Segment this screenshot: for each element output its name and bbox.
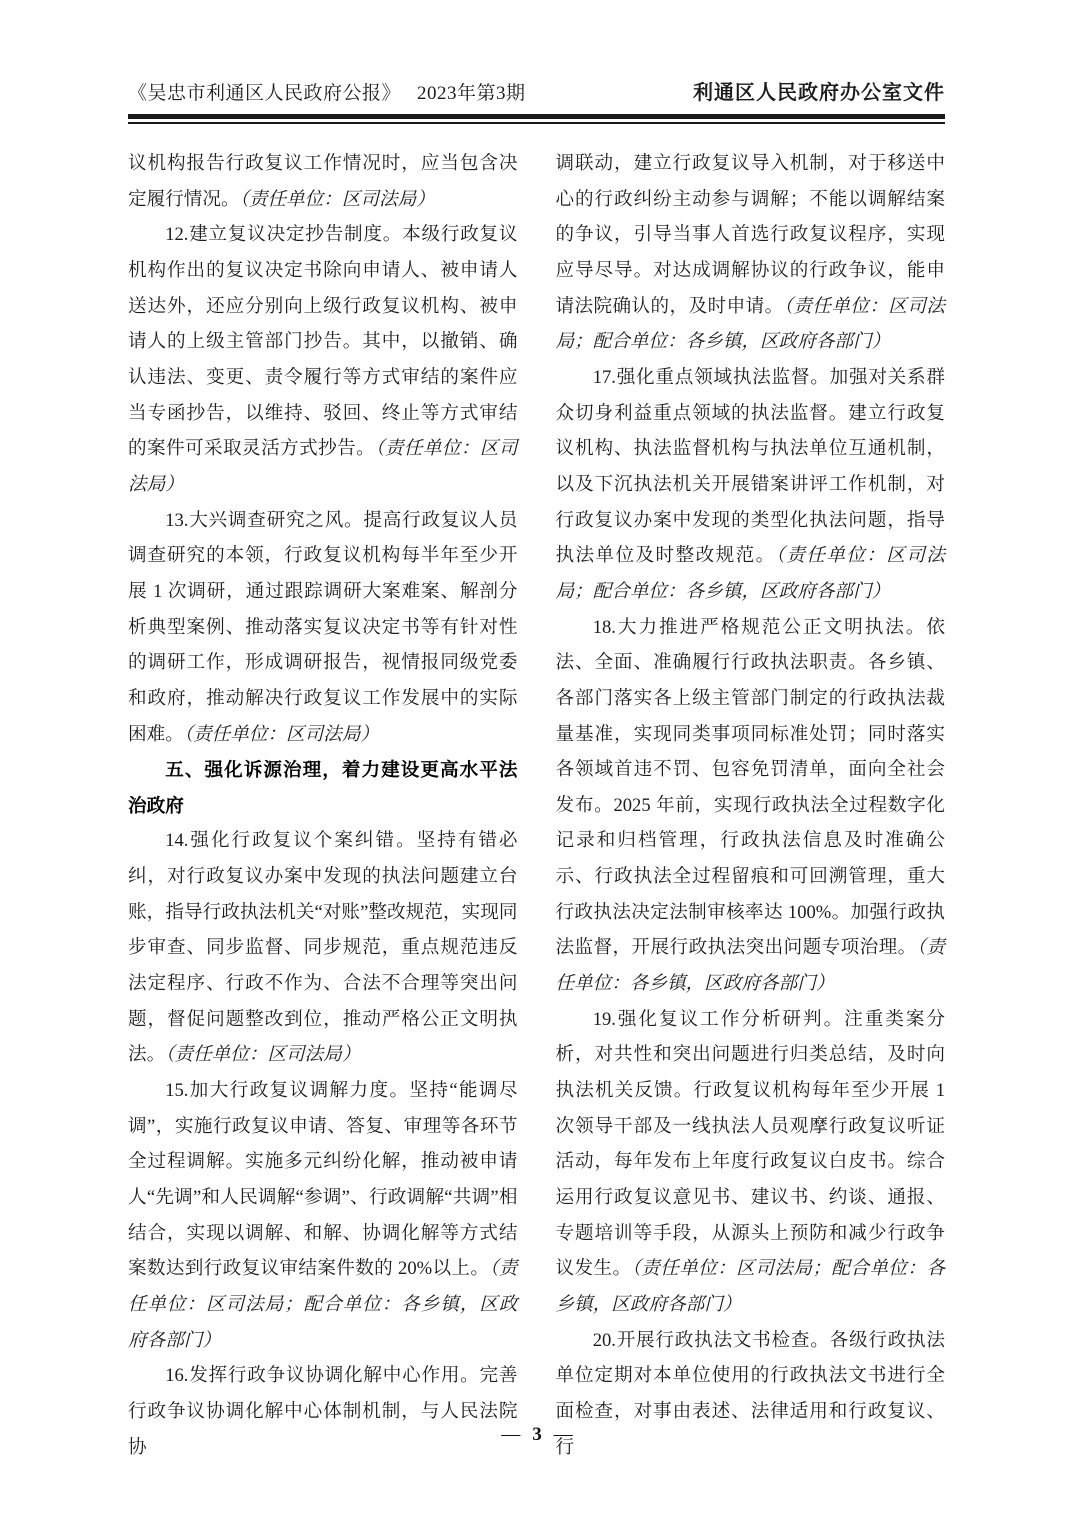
gazette-title-block: 《吴忠市利通区人民政府公报》2023年第3期 xyxy=(128,78,526,105)
text-segment-song: 15.加大行政复议调解力度。坚持“能调尽调”，实施行政复议申请、答复、审理等各环… xyxy=(128,1080,518,1279)
text-segment-hei: 五、强化诉源治理，着力建设更高水平法治政府 xyxy=(128,759,518,816)
page-footer: —3— xyxy=(0,1424,1074,1446)
body-paragraph: 12.建立复议决定抄告制度。本级行政复议机构作出的复议决定书除向申请人、被申请人… xyxy=(128,217,518,502)
text-segment-song: 13.大兴调查研究之风。提高行政复议人员调查研究的本领，行政复议机构每半年至少开… xyxy=(128,510,518,745)
text-segment-song: 17.强化重点领域执法监督。加强对关系群众切身利益重点领域的执法监督。建立行政复… xyxy=(556,367,946,566)
body-paragraph: 17.强化重点领域执法监督。加强对关系群众切身利益重点领域的执法监督。建立行政复… xyxy=(556,360,946,610)
right-column: 调联动，建立行政复议导入机制，对于移送中心的行政纠纷主动参与调解；不能以调解结案… xyxy=(556,146,946,1465)
text-segment-song: 19.强化复议工作分析研判。注重类案分析，对共性和突出问题进行归类总结，及时向执… xyxy=(556,1009,946,1280)
body-paragraph: 调联动，建立行政复议导入机制，对于移送中心的行政纠纷主动参与调解；不能以调解结案… xyxy=(556,146,946,360)
body-paragraph: 16.发挥行政争议协调化解中心作用。完善行政争议协调化解中心体制机制，与人民法院… xyxy=(128,1358,518,1465)
text-segment-song: 14.强化行政复议个案纠错。坚持有错必纠，对行政复议办案中发现的执法问题建立台账… xyxy=(128,830,518,1065)
page-header: 《吴忠市利通区人民政府公报》2023年第3期 利通区人民政府办公室文件 xyxy=(128,76,945,124)
document-page: 《吴忠市利通区人民政府公报》2023年第3期 利通区人民政府办公室文件 议机构报… xyxy=(0,0,1074,1520)
body-paragraph: 18.大力推进严格规范公正文明执法。依法、全面、准确履行行政执法职责。各乡镇、各… xyxy=(556,610,946,1002)
header-rule-thick xyxy=(128,114,945,119)
footer-dash-left: — xyxy=(501,1424,520,1445)
left-column: 议机构报告行政复议工作情况时，应当包含决定履行情况。（责任单位：区司法局）12.… xyxy=(128,146,518,1465)
body-paragraph: 14.强化行政复议个案纠错。坚持有错必纠，对行政复议办案中发现的执法问题建立台账… xyxy=(128,823,518,1073)
section-heading: 五、强化诉源治理，着力建设更高水平法治政府 xyxy=(128,752,518,823)
text-segment-kai: （责任单位：区司法局） xyxy=(240,189,435,210)
text-segment-song: 12.建立复议决定抄告制度。本级行政复议机构作出的复议决定书除向申请人、被申请人… xyxy=(128,224,518,459)
gazette-issue: 2023年第3期 xyxy=(417,83,526,104)
gazette-name: 《吴忠市利通区人民政府公报》 xyxy=(128,83,401,104)
text-segment-kai: （责任单位：区司法局） xyxy=(184,724,379,745)
text-segment-song: 18.大力推进严格规范公正文明执法。依法、全面、准确履行行政执法职责。各乡镇、各… xyxy=(556,617,946,959)
header-rule-thin xyxy=(128,122,945,124)
body-paragraph: 15.加大行政复议调解力度。坚持“能调尽调”，实施行政复议申请、答复、审理等各环… xyxy=(128,1073,518,1358)
document-category-label: 利通区人民政府办公室文件 xyxy=(693,76,945,105)
body-paragraph: 议机构报告行政复议工作情况时，应当包含决定履行情况。（责任单位：区司法局） xyxy=(128,146,518,217)
text-segment-kai: （责任单位：区司法局） xyxy=(165,1044,360,1065)
body-paragraph: 19.强化复议工作分析研判。注重类案分析，对共性和突出问题进行归类总结，及时向执… xyxy=(556,1002,946,1323)
footer-dash-right: — xyxy=(554,1424,573,1445)
text-segment-song: 调联动，建立行政复议导入机制，对于移送中心的行政纠纷主动参与调解；不能以调解结案… xyxy=(556,153,946,317)
page-number: 3 xyxy=(532,1424,542,1445)
body-paragraph: 13.大兴调查研究之风。提高行政复议人员调查研究的本领，行政复议机构每半年至少开… xyxy=(128,503,518,753)
document-body: 议机构报告行政复议工作情况时，应当包含决定履行情况。（责任单位：区司法局）12.… xyxy=(128,146,945,1465)
header-row: 《吴忠市利通区人民政府公报》2023年第3期 利通区人民政府办公室文件 xyxy=(128,76,945,105)
